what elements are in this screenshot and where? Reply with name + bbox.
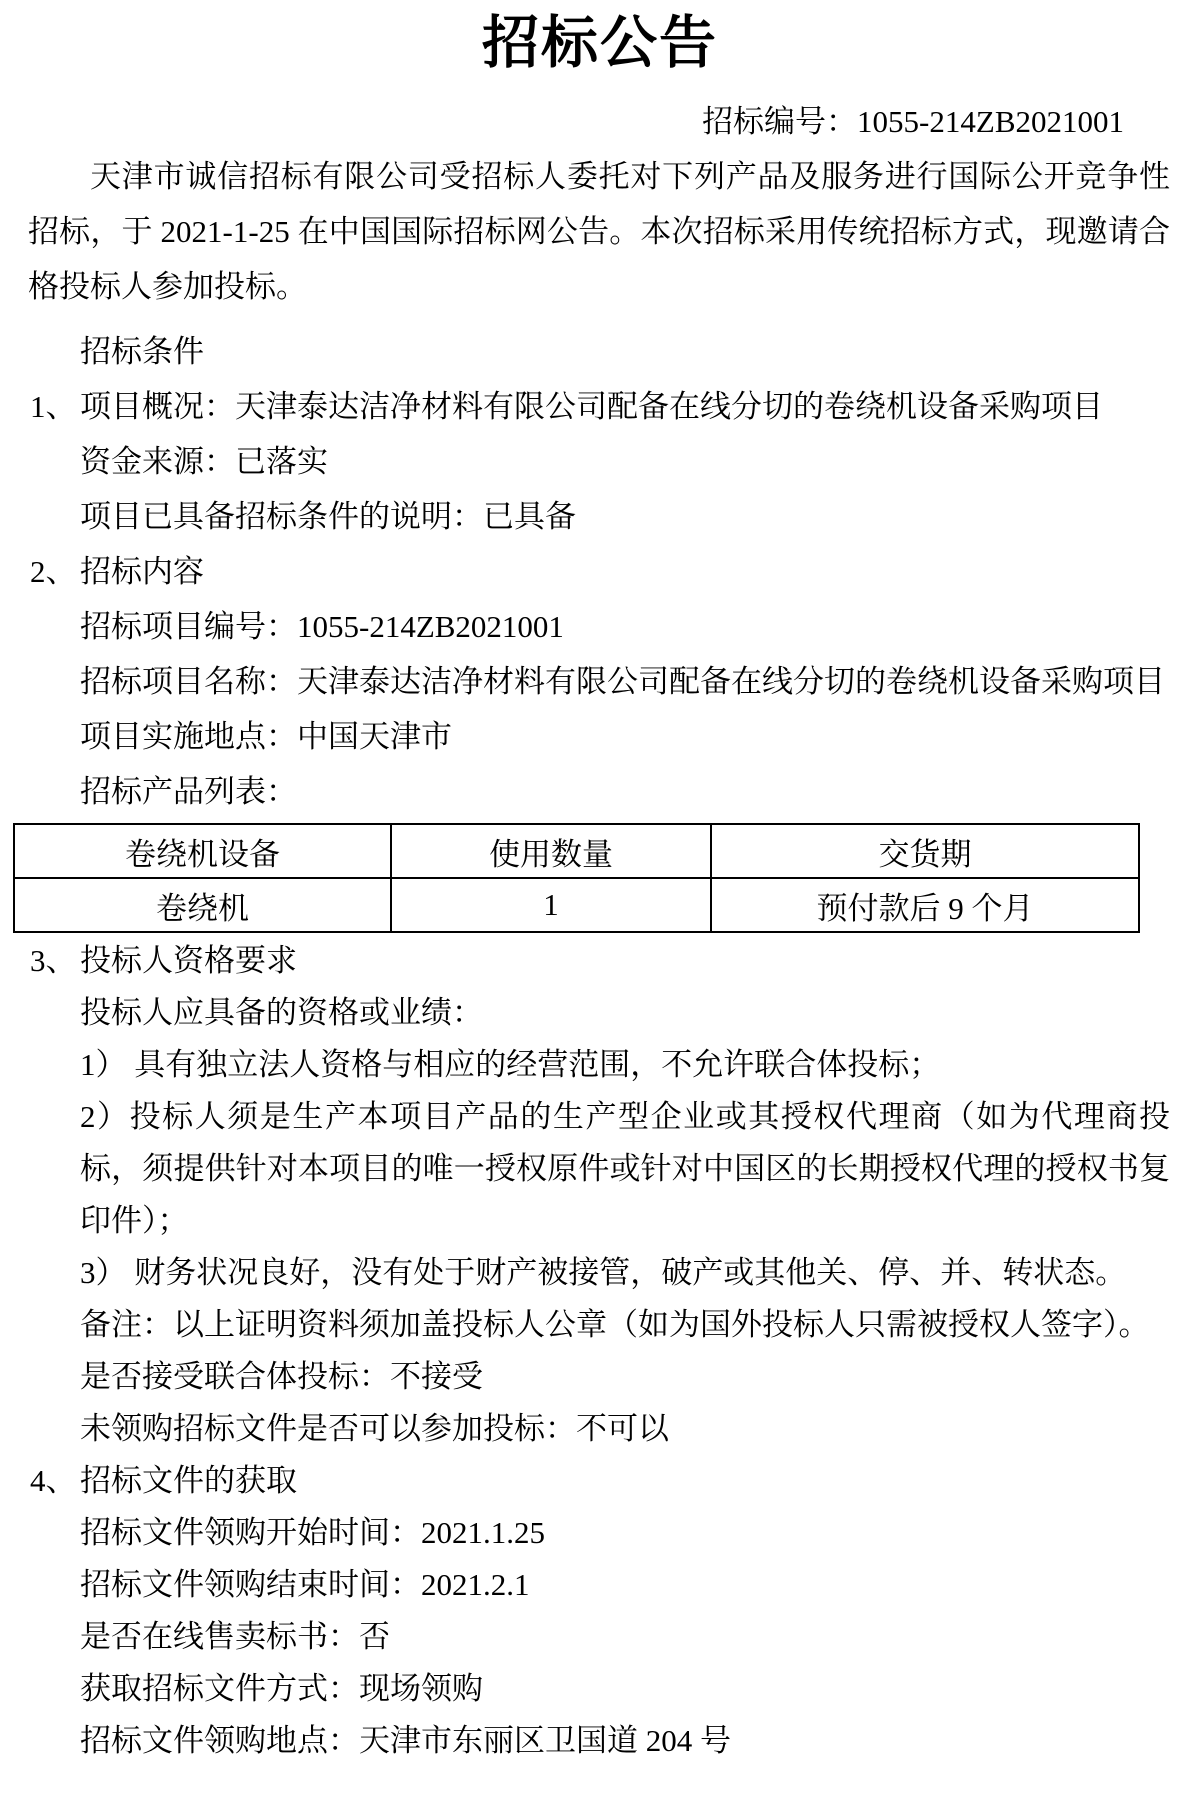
intro-paragraph: 天津市诚信招标有限公司受招标人委托对下列产品及服务进行国际公开竞争性招标，于 2… [28,149,1170,314]
doc-purchase-end-line: 招标文件领购结束时间：2021.2.1 [80,1559,1170,1611]
product-table-header-quantity: 使用数量 [391,824,711,878]
qualification-note-line: 备注：以上证明资料须加盖投标人公章（如为国外投标人只需被授权人签字）。 [80,1299,1170,1351]
doc-purchase-address-line: 招标文件领购地点：天津市东丽区卫国道 204 号 [80,1715,1170,1767]
funding-source-line: 资金来源：已落实 [80,434,1170,489]
section-2-heading-text: 招标内容 [80,554,204,589]
product-table: 卷绕机设备 使用数量 交货期 卷绕机 1 预付款后 9 个月 [13,823,1140,933]
section-4-heading: 4、招标文件的获取 [80,1455,1170,1507]
tender-number-line: 招标编号：1055-214ZB2021001 [0,94,1200,149]
product-table-header-row: 卷绕机设备 使用数量 交货期 [14,824,1139,878]
qualification-intro-line: 投标人应具备的资格或业绩： [80,987,1170,1039]
page-title: 招标公告 [0,0,1200,78]
project-location-line: 项目实施地点：中国天津市 [80,709,1170,764]
qualification-item-1: 1） 具有独立法人资格与相应的经营范围，不允许联合体投标； [80,1039,1170,1091]
section-3-heading-text: 投标人资格要求 [80,943,297,978]
product-cell-delivery: 预付款后 9 个月 [711,878,1139,932]
conditions-ready-line: 项目已具备招标条件的说明：已具备 [80,489,1170,544]
conditions-heading: 招标条件 [80,324,1170,379]
product-list-label: 招标产品列表： [80,764,1170,819]
section-3-heading: 3、投标人资格要求 [80,935,1170,987]
no-purchase-line: 未领购招标文件是否可以参加投标：不可以 [80,1403,1170,1455]
lower-document-block: 3、投标人资格要求 投标人应具备的资格或业绩： 1） 具有独立法人资格与相应的经… [0,935,1200,1767]
product-table-header-delivery: 交货期 [711,824,1139,878]
section-1-heading-text: 项目概况：天津泰达洁净材料有限公司配备在线分切的卷绕机设备采购项目 [80,389,1103,424]
product-cell-quantity: 1 [391,878,711,932]
section-2-heading: 2、招标内容 [80,544,1170,599]
section-2-number: 2、 [30,544,77,599]
section-4-number: 4、 [30,1455,77,1507]
joint-bid-line: 是否接受联合体投标：不接受 [80,1351,1170,1403]
product-cell-equipment: 卷绕机 [14,878,391,932]
section-1-heading: 1、项目概况：天津泰达洁净材料有限公司配备在线分切的卷绕机设备采购项目 [80,379,1170,434]
product-table-header-equipment: 卷绕机设备 [14,824,391,878]
tender-announcement-page: 招标公告 招标编号：1055-214ZB2021001 天津市诚信招标有限公司受… [0,0,1200,1819]
online-sale-line: 是否在线售卖标书：否 [80,1611,1170,1663]
project-number-line: 招标项目编号：1055-214ZB2021001 [80,599,1170,654]
doc-purchase-start-line: 招标文件领购开始时间：2021.1.25 [80,1507,1170,1559]
qualification-item-2: 2）投标人须是生产本项目产品的生产型企业或其授权代理商（如为代理商投标，须提供针… [80,1091,1170,1247]
section-4-heading-text: 招标文件的获取 [80,1463,297,1498]
section-3-number: 3、 [30,935,77,987]
project-name-line: 招标项目名称：天津泰达洁净材料有限公司配备在线分切的卷绕机设备采购项目 [80,654,1170,709]
doc-obtain-method-line: 获取招标文件方式：现场领购 [80,1663,1170,1715]
section-1-number: 1、 [30,379,77,434]
product-table-row: 卷绕机 1 预付款后 9 个月 [14,878,1139,932]
qualification-item-3: 3） 财务状况良好，没有处于财产被接管，破产或其他关、停、并、转状态。 [80,1247,1170,1299]
